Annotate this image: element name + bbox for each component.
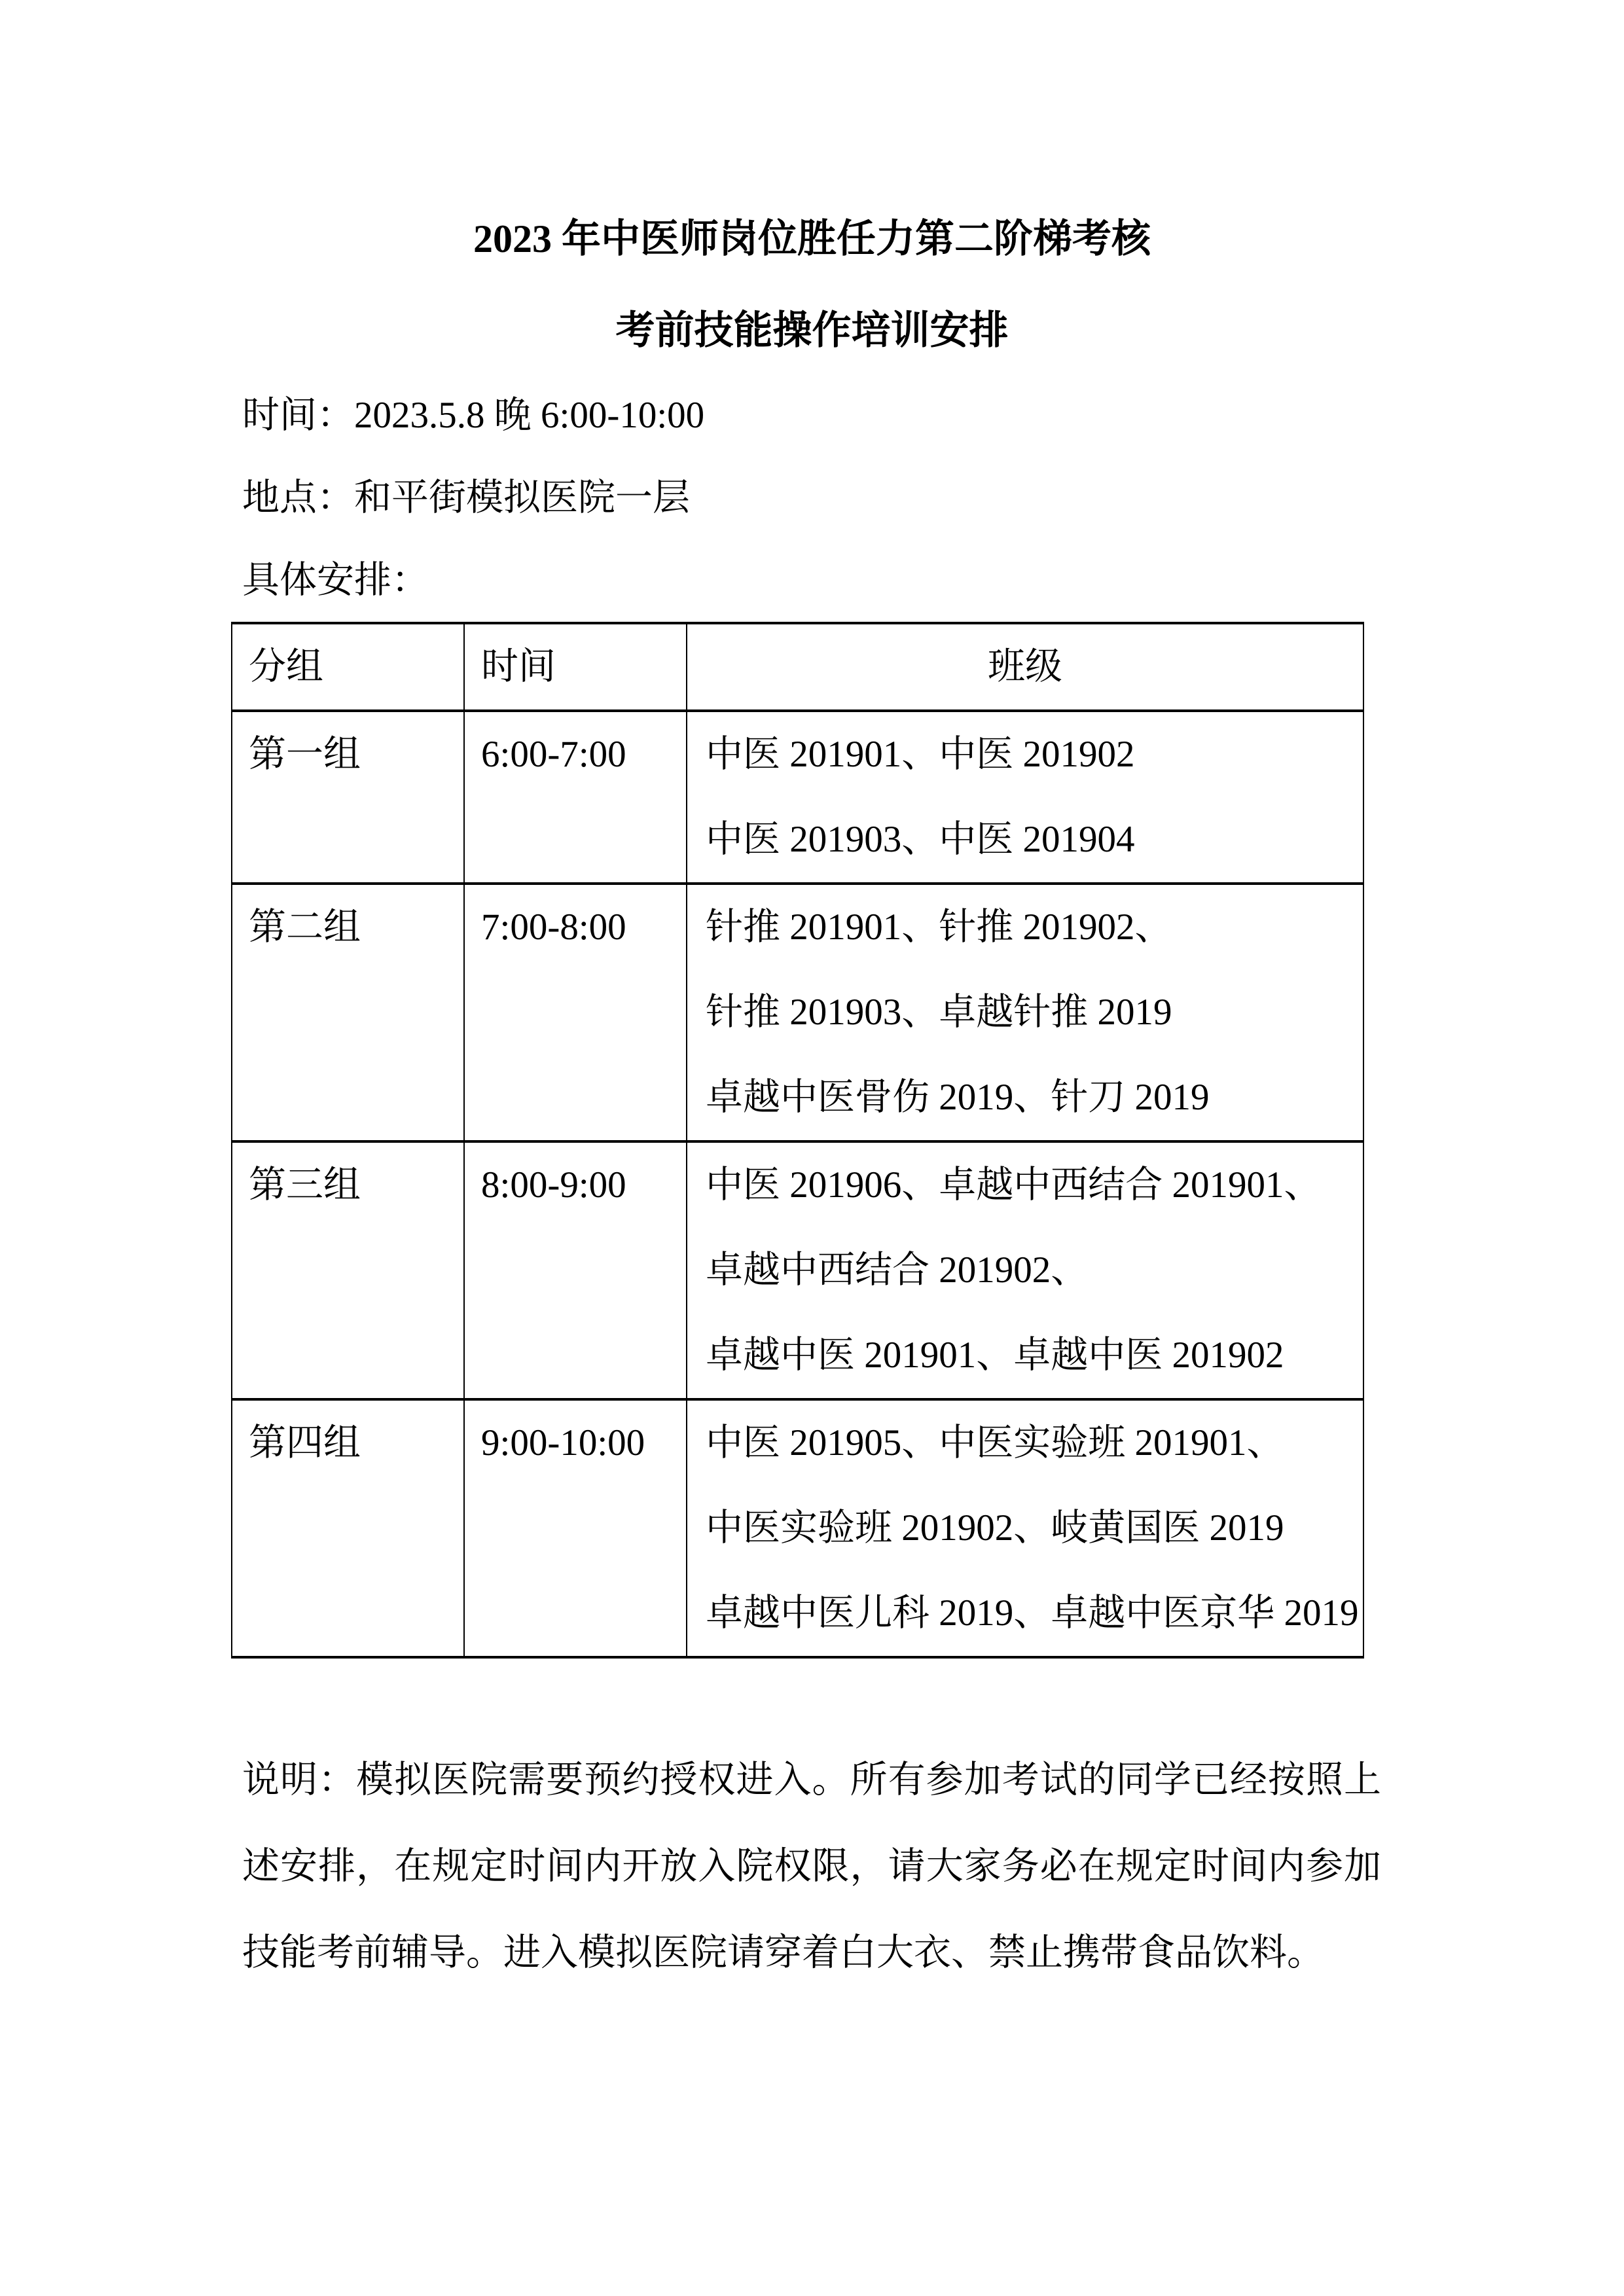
class-line: 卓越中医 201901、卓越中医 201902	[706, 1313, 1358, 1398]
document-subtitle: 考前技能操作培训安排	[0, 310, 1624, 351]
class-line: 中医 201905、中医实验班 201901、	[706, 1401, 1358, 1486]
col-header-group: 分组	[232, 623, 464, 711]
class-line: 针推 201903、卓越针推 2019	[706, 970, 1358, 1055]
note-line: 述安排，在规定时间内开放入院权限，请大家务必在规定时间内参加	[242, 1823, 1381, 1910]
class-cell: 中医 201905、中医实验班 201901、 中医实验班 201902、岐黄国…	[687, 1399, 1363, 1657]
note-line: 说明：模拟医院需要预约授权进入。所有参加考试的同学已经按照上	[242, 1737, 1381, 1823]
col-header-class: 班级	[687, 623, 1363, 711]
class-cell: 针推 201901、针推 201902、 针推 201903、卓越针推 2019…	[687, 884, 1363, 1141]
location-line: 地点：和平街模拟医院一层	[242, 457, 704, 539]
time-line: 时间：2023.5.8 晚 6:00-10:00	[242, 374, 704, 457]
group-cell: 第二组	[232, 884, 464, 1141]
table-row: 第三组 8:00-9:00 中医 201906、卓越中西结合 201901、 卓…	[232, 1141, 1363, 1399]
table-row: 第一组 6:00-7:00 中医 201901、中医 201902 中医 201…	[232, 711, 1363, 884]
class-line: 针推 201901、针推 201902、	[706, 885, 1358, 970]
class-line: 卓越中西结合 201902、	[706, 1228, 1358, 1313]
class-line: 中医 201903、中医 201904	[706, 797, 1358, 882]
group-cell: 第三组	[232, 1141, 464, 1399]
schedule-table-container: 分组 时间 班级 第一组 6:00-7:00 中医 201901、中医 2019…	[231, 622, 1364, 1659]
class-line: 中医实验班 201902、岐黄国医 2019	[706, 1486, 1358, 1571]
class-cell: 中医 201906、卓越中西结合 201901、 卓越中西结合 201902、 …	[687, 1141, 1363, 1399]
time-cell: 8:00-9:00	[464, 1141, 687, 1399]
document-page: 2023 年中医师岗位胜任力第二阶梯考核 考前技能操作培训安排 时间：2023.…	[0, 0, 1624, 2296]
time-cell: 9:00-10:00	[464, 1399, 687, 1657]
class-line: 卓越中医儿科 2019、卓越中医京华 2019	[706, 1571, 1358, 1656]
info-block: 时间：2023.5.8 晚 6:00-10:00 地点：和平街模拟医院一层 具体…	[242, 374, 704, 622]
note-line: 技能考前辅导。进入模拟医院请穿着白大衣、禁止携带食品饮料。	[242, 1910, 1381, 1996]
class-cell: 中医 201901、中医 201902 中医 201903、中医 201904	[687, 711, 1363, 884]
col-header-time: 时间	[464, 623, 687, 711]
class-line: 卓越中医骨伤 2019、针刀 2019	[706, 1055, 1358, 1140]
table-row: 第四组 9:00-10:00 中医 201905、中医实验班 201901、 中…	[232, 1399, 1363, 1657]
table-header-row: 分组 时间 班级	[232, 623, 1363, 711]
group-cell: 第一组	[232, 711, 464, 884]
document-title: 2023 年中医师岗位胜任力第二阶梯考核	[0, 219, 1624, 259]
schedule-table: 分组 时间 班级 第一组 6:00-7:00 中医 201901、中医 2019…	[231, 622, 1364, 1659]
time-cell: 7:00-8:00	[464, 884, 687, 1141]
group-cell: 第四组	[232, 1399, 464, 1657]
note-paragraph: 说明：模拟医院需要预约授权进入。所有参加考试的同学已经按照上 述安排，在规定时间…	[242, 1737, 1381, 1996]
class-line: 中医 201901、中医 201902	[706, 712, 1358, 797]
table-row: 第二组 7:00-8:00 针推 201901、针推 201902、 针推 20…	[232, 884, 1363, 1141]
schedule-heading: 具体安排：	[242, 539, 704, 622]
time-cell: 6:00-7:00	[464, 711, 687, 884]
class-line: 中医 201906、卓越中西结合 201901、	[706, 1143, 1358, 1228]
